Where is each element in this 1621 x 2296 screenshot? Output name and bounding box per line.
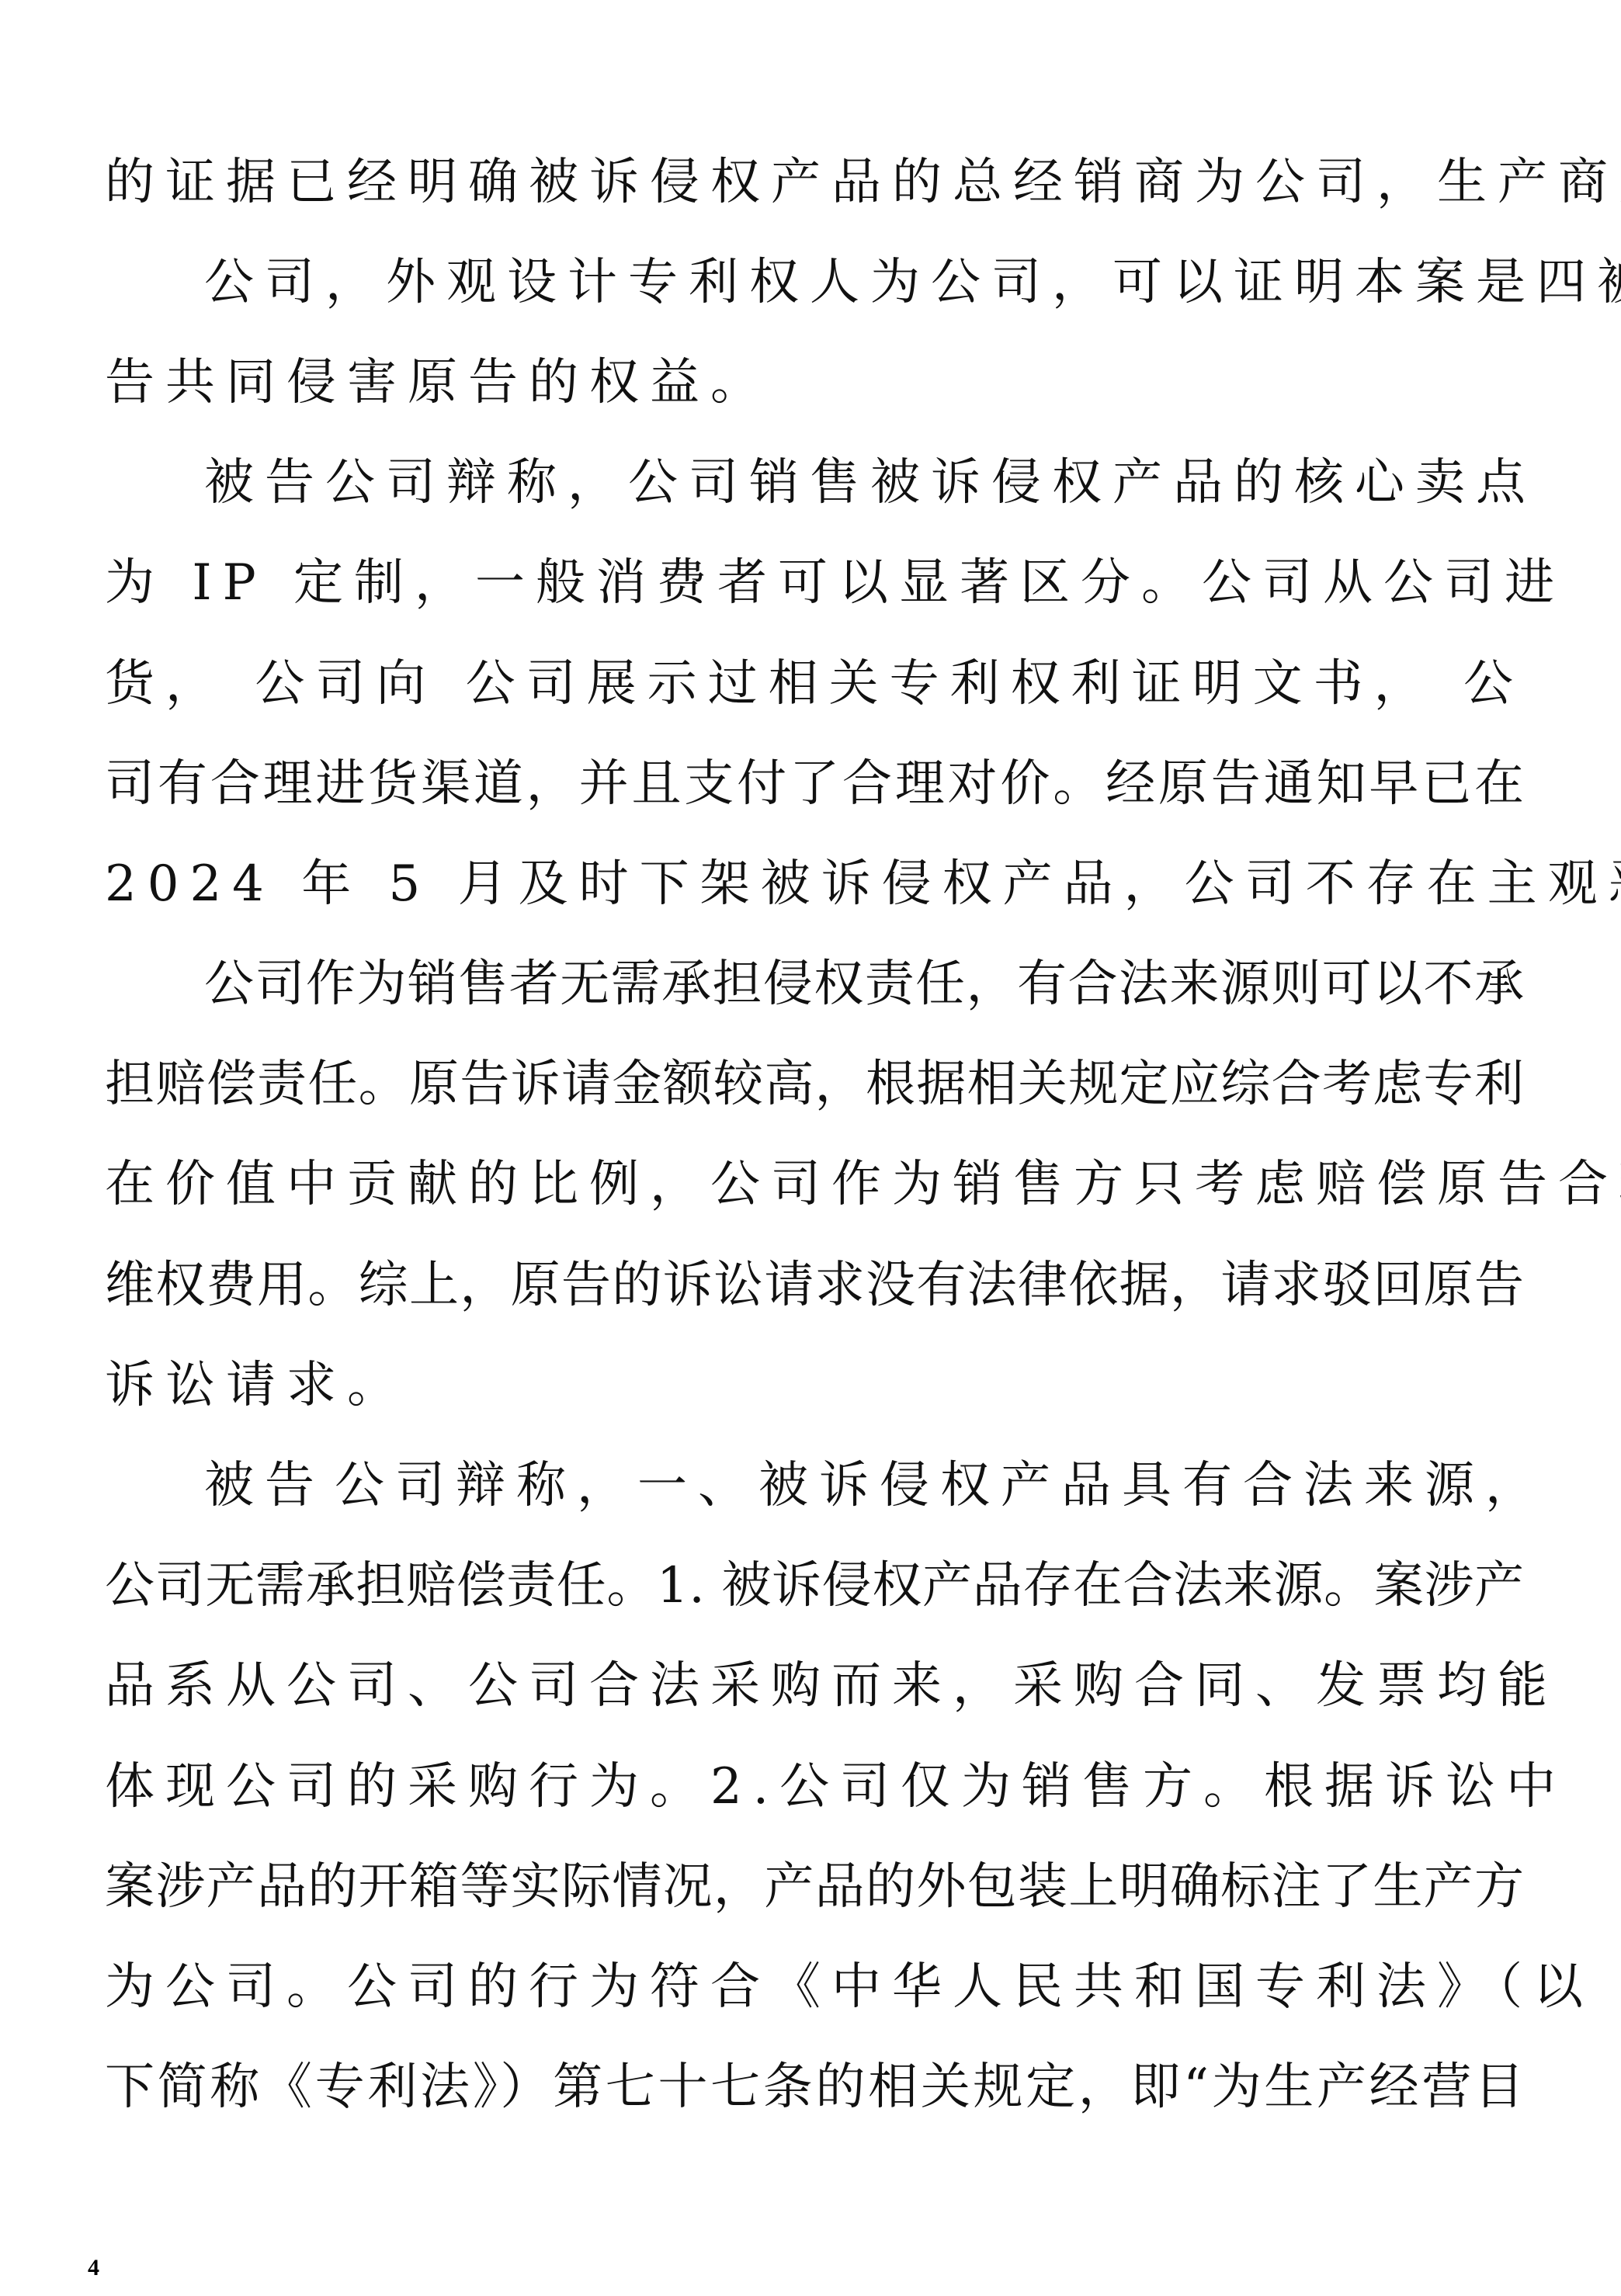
text-segment: 公司，可以证明本案是四被 [931, 240, 1621, 325]
page-number: 4 [88, 2255, 99, 2281]
text-segment: 公司仅为销售方。根据诉讼中 [779, 1744, 1567, 1830]
text-line: 的证据已经明确被诉侵权产品的总经销商为公司，生产商为 [105, 132, 1524, 232]
text-segment: 公司不存在主观恶意。 [1185, 841, 1621, 927]
text-segment: 下简称《专利法》）第七十七条的相关规定，即“为生产经营目 [105, 2045, 1527, 2130]
text-line: 维权费用。综上，原告的诉讼请求没有法律依据，请求驳回原告 [105, 1235, 1524, 1335]
text-line: 被告公司辩称，公司销售被诉侵权产品的核心卖点 [105, 433, 1524, 533]
text-segment: 公司，外观设计专利权人为 [204, 240, 931, 325]
text-line: 品系从公司、公司合法采购而来，采购合同、发票均能 [105, 1636, 1524, 1736]
text-segment: 品系从 [105, 1643, 286, 1729]
text-segment: 公司，生产商为 [1255, 140, 1621, 225]
text-line: 体现公司的采购行为。2.公司仅为销售方。根据诉讼中 [105, 1736, 1524, 1836]
text-segment: 公司作为销售者无需承担侵权责任，有合法来源则可以不承 [204, 942, 1525, 1027]
text-segment: 诉讼请求。 [105, 1343, 408, 1428]
text-segment: 告共同侵害原告的权益。 [105, 340, 771, 425]
text-segment: 担赔偿责任。原告诉请金额较高，根据相关规定应综合考虑专利 [105, 1042, 1525, 1127]
text-line: 货，公司向公司展示过相关专利权利证明文书，公 [105, 633, 1524, 734]
text-segment: 体现 [105, 1744, 226, 1830]
text-segment: 公司的行为符合《中华人民共和国专利法》（以 [347, 1944, 1594, 2030]
document-page: 的证据已经明确被诉侵权产品的总经销商为公司，生产商为公司，外观设计专利权人为公司… [0, 0, 1621, 2296]
text-segment: 公司的采购行为。2. [226, 1744, 779, 1830]
text-line: 公司作为销售者无需承担侵权责任，有合法来源则可以不承 [105, 935, 1524, 1035]
text-segment: 为 [105, 1944, 165, 2030]
text-segment: 公司从 [1202, 540, 1383, 626]
text-segment: 公司作为销售方只考虑赔偿原告合理 [710, 1142, 1621, 1227]
text-line: 诉讼请求。 [105, 1335, 1524, 1435]
text-segment: 公司进 [1383, 540, 1565, 626]
text-segment: 公司。 [165, 1944, 347, 2030]
text-segment: 维权费用。综上，原告的诉讼请求没有法律依据，请求驳回原告 [105, 1243, 1525, 1328]
text-segment: 的证据已经明确被诉侵权产品的总经销商为 [105, 140, 1255, 225]
text-segment: 公司销售被诉侵权产品的核心卖点 [628, 440, 1536, 525]
text-segment: 公司展示过相关专利权利证明文书， [466, 641, 1435, 727]
text-segment: 案涉产品的开箱等实际情况，产品的外包装上明确标注了生产方 [105, 1844, 1525, 1930]
text-segment: 公司辩称， [325, 440, 628, 525]
text-segment: 公司、 [286, 1643, 468, 1729]
text-line: 公司无需承担赔偿责任。1. 被诉侵权产品存在合法来源。案涉产 [105, 1536, 1524, 1636]
text-segment: 司有合理进货渠道，并且支付了合理对价。经原告通知早已在 [105, 741, 1527, 827]
text-segment: 在价值中贡献的比例， [105, 1142, 710, 1227]
text-line: 在价值中贡献的比例，公司作为销售方只考虑赔偿原告合理 [105, 1135, 1524, 1235]
text-line: 2024 年 5 月及时下架被诉侵权产品，公司不存在主观恶意。 [105, 834, 1524, 934]
text-line: 案涉产品的开箱等实际情况，产品的外包装上明确标注了生产方 [105, 1836, 1524, 1937]
text-segment: 货， [105, 641, 226, 727]
text-line: 告共同侵害原告的权益。 [105, 332, 1524, 432]
text-segment: 公司辩称，一、被诉侵权产品具有合法来源， [335, 1443, 1546, 1528]
text-line: 担赔偿责任。原告诉请金额较高，根据相关规定应综合考虑专利 [105, 1035, 1524, 1135]
text-segment: 2024 年 5 月及时下架被诉侵权产品， [105, 841, 1185, 927]
text-line: 司有合理进货渠道，并且支付了合理对价。经原告通知早已在 [105, 734, 1524, 834]
text-segment: 公司向 [255, 641, 436, 727]
text-line: 为 IP 定制，一般消费者可以显著区分。公司从公司进 [105, 533, 1524, 633]
text-line: 下简称《专利法》）第七十七条的相关规定，即“为生产经营目 [105, 2038, 1524, 2138]
text-segment: 公司无需承担赔偿责任。1. 被诉侵权产品存在合法来源。案涉产 [105, 1543, 1525, 1628]
text-segment: 被告 [204, 1443, 325, 1528]
text-line: 被告公司辩称，一、被诉侵权产品具有合法来源， [105, 1435, 1524, 1535]
body-text: 的证据已经明确被诉侵权产品的总经销商为公司，生产商为公司，外观设计专利权人为公司… [105, 132, 1524, 2138]
text-segment: 公司合法采购而来，采购合同、发票均能 [468, 1643, 1558, 1729]
text-line: 为公司。公司的行为符合《中华人民共和国专利法》（以 [105, 1937, 1524, 2037]
text-segment: 为 IP 定制，一般消费者可以显著区分。 [105, 540, 1202, 626]
text-line: 公司，外观设计专利权人为公司，可以证明本案是四被 [105, 232, 1524, 332]
text-segment: 公 [1463, 641, 1524, 727]
text-segment: 被告 [204, 440, 325, 525]
